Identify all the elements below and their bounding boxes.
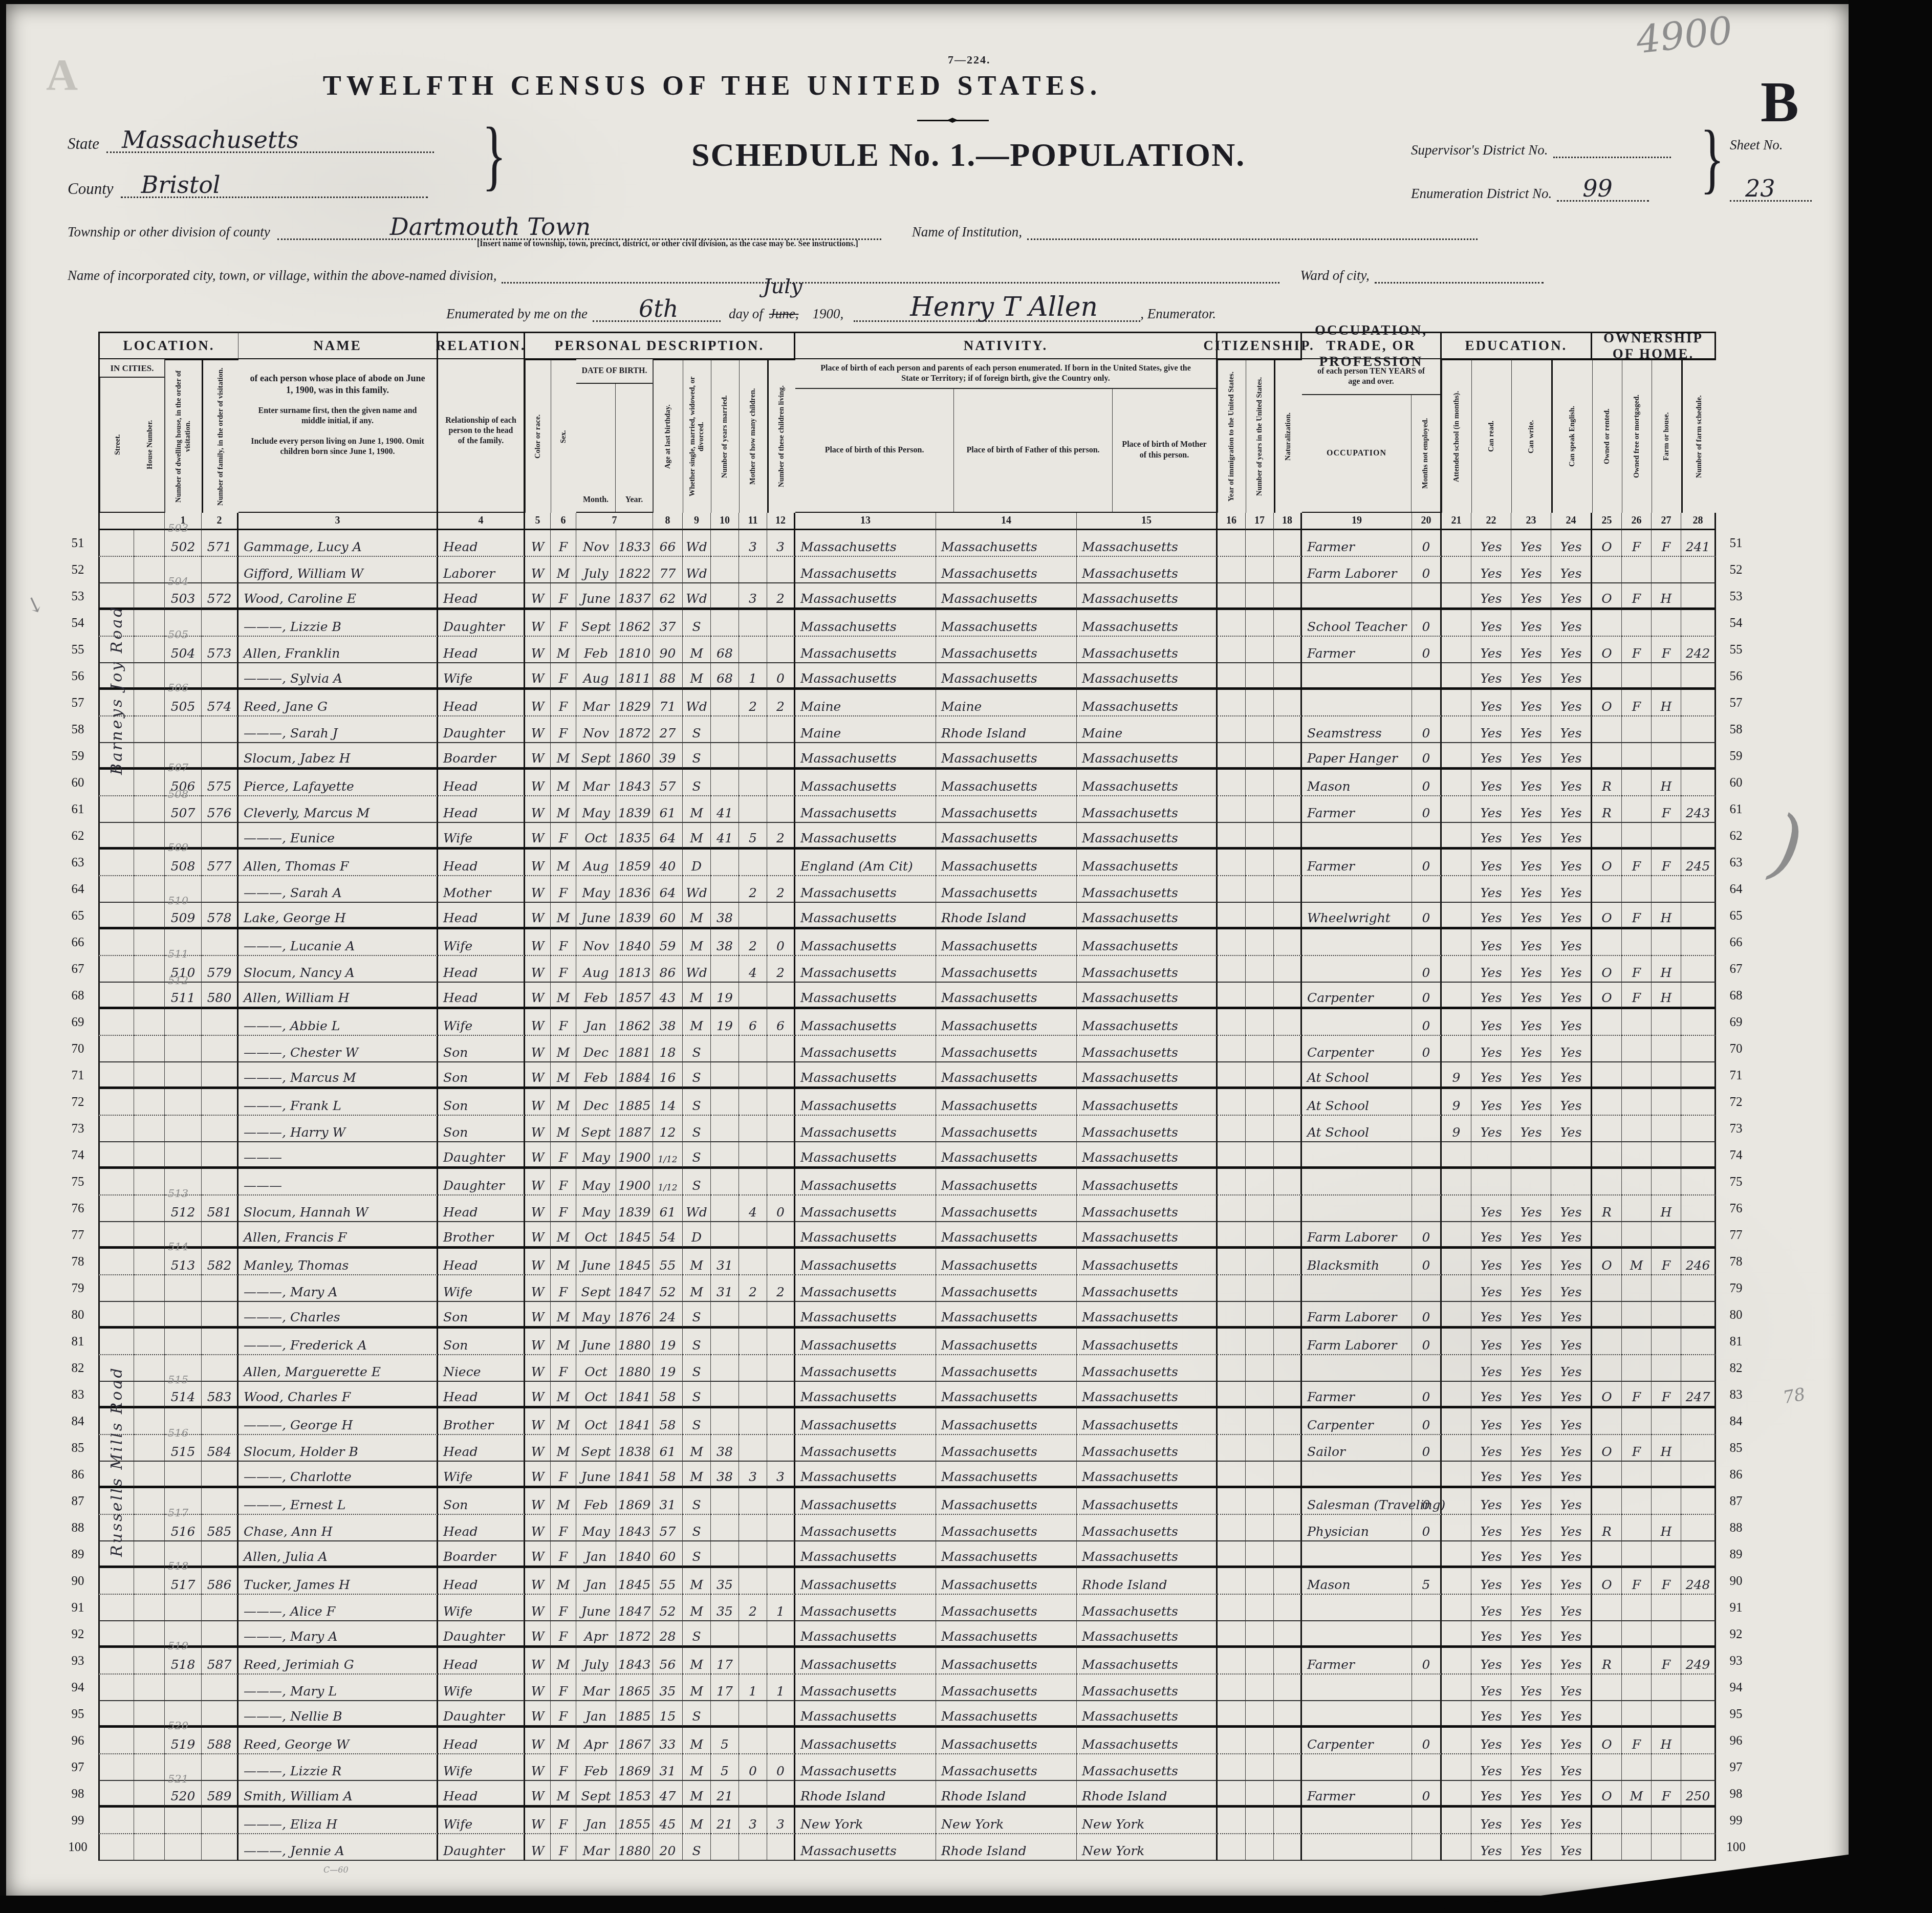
cell-write-77: Yes bbox=[1511, 1222, 1551, 1249]
cell-own-77 bbox=[1592, 1222, 1622, 1249]
house-number-cell-51 bbox=[134, 530, 165, 557]
cell-sex-71: M bbox=[551, 1062, 576, 1089]
house-number-cell-53 bbox=[134, 583, 165, 610]
cell-pobf-96: Massachusetts bbox=[936, 1728, 1077, 1754]
cell-yrm-87 bbox=[711, 1488, 739, 1515]
cell-own-61: R bbox=[1592, 796, 1622, 823]
cell-mar-98: M bbox=[683, 1781, 711, 1808]
cell-chl-97: 0 bbox=[767, 1754, 795, 1781]
cell-fh-78: F bbox=[1652, 1249, 1681, 1275]
cell-sex-63: M bbox=[551, 850, 576, 876]
pencil-dwelling-renumber: 507 bbox=[168, 762, 188, 774]
section-citizenship: CITIZENSHIP. bbox=[1218, 332, 1302, 359]
cell-age-65: 60 bbox=[653, 903, 683, 929]
pencil-dwelling-renumber: 505 bbox=[168, 628, 188, 641]
cell-sch-67 bbox=[1442, 956, 1471, 983]
pencil-dwelling-renumber: 516 bbox=[168, 1427, 188, 1439]
cell-dobm-73: Sept bbox=[576, 1116, 616, 1142]
cell-chl-100 bbox=[767, 1834, 795, 1861]
cell-color-94: W bbox=[525, 1675, 551, 1701]
cell-imm-68 bbox=[1218, 983, 1246, 1009]
cell-yrsus-92 bbox=[1246, 1621, 1274, 1648]
row-number-right-77: 77 bbox=[1716, 1222, 1756, 1249]
cell-imm-59 bbox=[1218, 743, 1246, 770]
cell-doby-82: 1880 bbox=[616, 1355, 653, 1382]
row-number-left-71: 71 bbox=[57, 1062, 98, 1089]
cell-chb-56: 1 bbox=[739, 663, 767, 690]
cell-mar-99: M bbox=[683, 1808, 711, 1834]
cell-mne-93: 0 bbox=[1412, 1648, 1442, 1675]
cell-pobf-65: Rhode Island bbox=[936, 903, 1077, 929]
cell-fsn-51: 241 bbox=[1681, 530, 1716, 557]
cell-pobf-99: New York bbox=[936, 1808, 1077, 1834]
cell-chb-96 bbox=[739, 1728, 767, 1754]
cell-pobm-87: Massachusetts bbox=[1077, 1488, 1218, 1515]
cell-age-59: 39 bbox=[653, 743, 683, 770]
cell-name-95: ———, Nellie B bbox=[238, 1701, 438, 1728]
cell-occ-59: Paper Hanger bbox=[1302, 743, 1412, 770]
cell-fam-89 bbox=[202, 1541, 238, 1568]
cell-fam-73 bbox=[202, 1116, 238, 1142]
cell-fh-84 bbox=[1652, 1408, 1681, 1435]
cell-mne-62 bbox=[1412, 823, 1442, 850]
row-number-right-64: 64 bbox=[1716, 876, 1756, 903]
cell-imm-64 bbox=[1218, 876, 1246, 903]
cell-pobm-74: Massachusetts bbox=[1077, 1142, 1218, 1169]
row-number-right-78: 78 bbox=[1716, 1249, 1756, 1275]
cell-pobm-81: Massachusetts bbox=[1077, 1329, 1218, 1355]
cell-name-63: Allen, Thomas F bbox=[238, 850, 438, 876]
cell-eng-90: Yes bbox=[1551, 1568, 1592, 1595]
cell-chl-93 bbox=[767, 1648, 795, 1675]
cell-read-52: Yes bbox=[1471, 557, 1511, 583]
cell-write-61: Yes bbox=[1511, 796, 1551, 823]
cell-sex-54: F bbox=[551, 610, 576, 637]
cell-eng-56: Yes bbox=[1551, 663, 1592, 690]
column-number-18: 18 bbox=[1274, 513, 1302, 530]
row-number-left-98: 98 bbox=[57, 1781, 98, 1808]
occupation-cell: of each person TEN YEARS of age and over… bbox=[1302, 359, 1442, 513]
cell-nat-91 bbox=[1274, 1595, 1302, 1621]
row-number-right-85: 85 bbox=[1716, 1435, 1756, 1462]
cell-sex-85: M bbox=[551, 1435, 576, 1462]
cell-dw-94 bbox=[165, 1675, 202, 1701]
cell-chb-83 bbox=[739, 1382, 767, 1408]
cell-occ-75 bbox=[1302, 1169, 1412, 1195]
cell-write-68: Yes bbox=[1511, 983, 1551, 1009]
cell-imm-70 bbox=[1218, 1036, 1246, 1062]
pencil-dwelling-renumber: 518 bbox=[168, 1560, 188, 1572]
row-number-left-90: 90 bbox=[57, 1568, 98, 1595]
cell-fm-60 bbox=[1622, 770, 1652, 796]
state-value: Massachusetts bbox=[122, 126, 299, 154]
cell-name-94: ———, Mary L bbox=[238, 1675, 438, 1701]
cell-occ-88: Physician bbox=[1302, 1515, 1412, 1541]
cell-fam-87 bbox=[202, 1488, 238, 1515]
cell-chl-95 bbox=[767, 1701, 795, 1728]
cell-chb-62: 5 bbox=[739, 823, 767, 850]
cell-fm-94 bbox=[1622, 1675, 1652, 1701]
cell-doby-87: 1869 bbox=[616, 1488, 653, 1515]
cell-doby-76: 1839 bbox=[616, 1195, 653, 1222]
house-number-cell-94 bbox=[134, 1675, 165, 1701]
row-number-right-89: 89 bbox=[1716, 1541, 1756, 1568]
house-number-cell-60 bbox=[134, 770, 165, 796]
cell-own-56 bbox=[1592, 663, 1622, 690]
cell-doby-86: 1841 bbox=[616, 1462, 653, 1488]
cell-rel-52: Laborer bbox=[438, 557, 525, 583]
cell-pobm-52: Massachusetts bbox=[1077, 557, 1218, 583]
cell-sex-88: F bbox=[551, 1515, 576, 1541]
cell-pobf-63: Massachusetts bbox=[936, 850, 1077, 876]
cell-pob-98: Rhode Island bbox=[795, 1781, 936, 1808]
row-number-right-53: 53 bbox=[1716, 583, 1756, 610]
cell-own-75 bbox=[1592, 1169, 1622, 1195]
cell-color-89: W bbox=[525, 1541, 551, 1568]
cell-sch-56 bbox=[1442, 663, 1471, 690]
cell-chl-85 bbox=[767, 1435, 795, 1462]
cell-yrm-75 bbox=[711, 1169, 739, 1195]
row-number-left-52: 52 bbox=[57, 557, 98, 583]
cell-chb-81 bbox=[739, 1329, 767, 1355]
cell-chb-58 bbox=[739, 716, 767, 743]
cell-color-76: W bbox=[525, 1195, 551, 1222]
cell-pob-85: Massachusetts bbox=[795, 1435, 936, 1462]
cell-chb-84 bbox=[739, 1408, 767, 1435]
cell-yrsus-100 bbox=[1246, 1834, 1274, 1861]
cell-name-80: ———, Charles bbox=[238, 1302, 438, 1329]
cell-sex-57: F bbox=[551, 690, 576, 716]
cell-chb-97: 0 bbox=[739, 1754, 767, 1781]
house-number-cell-65 bbox=[134, 903, 165, 929]
cell-imm-86 bbox=[1218, 1462, 1246, 1488]
cell-own-86 bbox=[1592, 1462, 1622, 1488]
cell-mar-81: S bbox=[683, 1329, 711, 1355]
cell-dobm-68: Feb bbox=[576, 983, 616, 1009]
street-cell-71 bbox=[98, 1062, 134, 1089]
cell-sch-77 bbox=[1442, 1222, 1471, 1249]
cell-nat-55 bbox=[1274, 637, 1302, 663]
cell-yrm-60 bbox=[711, 770, 739, 796]
cell-mne-91 bbox=[1412, 1595, 1442, 1621]
cell-write-73: Yes bbox=[1511, 1116, 1551, 1142]
cell-mne-88: 0 bbox=[1412, 1515, 1442, 1541]
pencil-dwelling-renumber: 521 bbox=[168, 1773, 188, 1785]
cell-chl-68 bbox=[767, 983, 795, 1009]
cell-chb-69: 6 bbox=[739, 1009, 767, 1036]
cell-mne-64 bbox=[1412, 876, 1442, 903]
cell-own-96: O bbox=[1592, 1728, 1622, 1754]
cell-fam-65: 578 bbox=[202, 903, 238, 929]
row-number-left-57: 57 bbox=[57, 690, 98, 716]
cell-dobm-56: Aug bbox=[576, 663, 616, 690]
row-number-right-86: 86 bbox=[1716, 1462, 1756, 1488]
cell-yrsus-81 bbox=[1246, 1329, 1274, 1355]
house-number-cell-70 bbox=[134, 1036, 165, 1062]
cell-read-77: Yes bbox=[1471, 1222, 1511, 1249]
cell-imm-80 bbox=[1218, 1302, 1246, 1329]
cell-yrsus-77 bbox=[1246, 1222, 1274, 1249]
street-cell-67 bbox=[98, 956, 134, 983]
cell-fh-79 bbox=[1652, 1275, 1681, 1302]
cell-read-60: Yes bbox=[1471, 770, 1511, 796]
cell-imm-57 bbox=[1218, 690, 1246, 716]
row-number-left-85: 85 bbox=[57, 1435, 98, 1462]
row-number-right-54: 54 bbox=[1716, 610, 1756, 637]
cell-doby-80: 1876 bbox=[616, 1302, 653, 1329]
cell-yrsus-65 bbox=[1246, 903, 1274, 929]
cell-color-56: W bbox=[525, 663, 551, 690]
cell-write-76: Yes bbox=[1511, 1195, 1551, 1222]
cell-pob-94: Massachusetts bbox=[795, 1675, 936, 1701]
years-in-us-column-label: Number of years in the United States. bbox=[1246, 359, 1274, 513]
cell-color-68: W bbox=[525, 983, 551, 1009]
cell-occ-81: Farm Laborer bbox=[1302, 1329, 1412, 1355]
cell-pobm-73: Massachusetts bbox=[1077, 1116, 1218, 1142]
cell-pobf-77: Massachusetts bbox=[936, 1222, 1077, 1249]
cell-occ-56 bbox=[1302, 663, 1412, 690]
cell-write-59: Yes bbox=[1511, 743, 1551, 770]
cell-pobm-67: Massachusetts bbox=[1077, 956, 1218, 983]
cell-pob-60: Massachusetts bbox=[795, 770, 936, 796]
column-number-21: 21 bbox=[1442, 513, 1471, 530]
cell-pobf-95: Massachusetts bbox=[936, 1701, 1077, 1728]
cell-mne-74 bbox=[1412, 1142, 1442, 1169]
cell-occ-80: Farm Laborer bbox=[1302, 1302, 1412, 1329]
cell-pobf-97: Massachusetts bbox=[936, 1754, 1077, 1781]
cell-write-51: Yes bbox=[1511, 530, 1551, 557]
county-label: County bbox=[68, 180, 114, 198]
cell-doby-70: 1881 bbox=[616, 1036, 653, 1062]
sheet-letter: B bbox=[1761, 70, 1799, 136]
cell-write-82: Yes bbox=[1511, 1355, 1551, 1382]
column-number-17: 17 bbox=[1246, 513, 1274, 530]
street-cell-66 bbox=[98, 929, 134, 956]
section-name: NAME bbox=[238, 332, 438, 359]
census-sheet-paper: A 7—224. TWELFTH CENSUS OF THE UNITED ST… bbox=[6, 4, 1849, 1899]
cell-imm-97 bbox=[1218, 1754, 1246, 1781]
cell-fam-86 bbox=[202, 1462, 238, 1488]
cell-name-65: Lake, George H bbox=[238, 903, 438, 929]
cell-chl-63 bbox=[767, 850, 795, 876]
cell-own-65: O bbox=[1592, 903, 1622, 929]
row-number-left-64: 64 bbox=[57, 876, 98, 903]
cell-eng-66: Yes bbox=[1551, 929, 1592, 956]
cell-mar-86: M bbox=[683, 1462, 711, 1488]
cell-read-72: Yes bbox=[1471, 1089, 1511, 1116]
cell-chl-89 bbox=[767, 1541, 795, 1568]
row-number-left-92: 92 bbox=[57, 1621, 98, 1648]
pencil-annotation-3: 78 bbox=[1782, 1384, 1807, 1408]
cell-color-85: W bbox=[525, 1435, 551, 1462]
row-number-left-82: 82 bbox=[57, 1355, 98, 1382]
cell-color-71: W bbox=[525, 1062, 551, 1089]
sheet-no-line: Sheet No. bbox=[1730, 137, 1783, 153]
cell-read-67: Yes bbox=[1471, 956, 1511, 983]
section-occupation: OCCUPATION, TRADE, ORPROFESSION bbox=[1302, 332, 1442, 359]
cell-fam-60: 575 bbox=[202, 770, 238, 796]
cell-color-81: W bbox=[525, 1329, 551, 1355]
state-county-brace: } bbox=[482, 121, 506, 191]
cell-read-75 bbox=[1471, 1169, 1511, 1195]
cell-age-83: 58 bbox=[653, 1382, 683, 1408]
cell-fam-81 bbox=[202, 1329, 238, 1355]
cell-eng-61: Yes bbox=[1551, 796, 1592, 823]
cell-mne-71 bbox=[1412, 1062, 1442, 1089]
cell-age-63: 40 bbox=[653, 850, 683, 876]
cell-pobm-56: Massachusetts bbox=[1077, 663, 1218, 690]
cell-doby-92: 1872 bbox=[616, 1621, 653, 1648]
cell-nat-66 bbox=[1274, 929, 1302, 956]
cell-fsn-79 bbox=[1681, 1275, 1716, 1302]
cell-occ-99 bbox=[1302, 1808, 1412, 1834]
cell-name-69: ———, Abbie L bbox=[238, 1009, 438, 1036]
cell-rel-78: Head bbox=[438, 1249, 525, 1275]
cell-pob-86: Massachusetts bbox=[795, 1462, 936, 1488]
cell-age-51: 66 bbox=[653, 530, 683, 557]
cell-write-63: Yes bbox=[1511, 850, 1551, 876]
sheet-no-value-line: 23 bbox=[1730, 181, 1812, 202]
cell-chb-82 bbox=[739, 1355, 767, 1382]
cell-write-78: Yes bbox=[1511, 1249, 1551, 1275]
cell-imm-63 bbox=[1218, 850, 1246, 876]
cell-eng-73: Yes bbox=[1551, 1116, 1592, 1142]
cell-dw-93: 519518 bbox=[165, 1648, 202, 1675]
cell-nat-74 bbox=[1274, 1142, 1302, 1169]
cell-dw-55: 505504 bbox=[165, 637, 202, 663]
cell-chl-87 bbox=[767, 1488, 795, 1515]
cell-name-77: Allen, Francis F bbox=[238, 1222, 438, 1249]
pencil-dwelling-renumber: 512 bbox=[168, 974, 188, 987]
cell-fsn-90: 248 bbox=[1681, 1568, 1716, 1595]
cell-age-86: 58 bbox=[653, 1462, 683, 1488]
cell-fsn-87 bbox=[1681, 1488, 1716, 1515]
cell-nat-78 bbox=[1274, 1249, 1302, 1275]
cell-yrm-53 bbox=[711, 583, 739, 610]
cell-pobm-89: Massachusetts bbox=[1077, 1541, 1218, 1568]
cell-fh-57: H bbox=[1652, 690, 1681, 716]
cell-fh-53: H bbox=[1652, 583, 1681, 610]
cell-name-84: ———, George H bbox=[238, 1408, 438, 1435]
cell-pobm-76: Massachusetts bbox=[1077, 1195, 1218, 1222]
cell-write-79: Yes bbox=[1511, 1275, 1551, 1302]
cell-fh-92 bbox=[1652, 1621, 1681, 1648]
cell-dobm-91: June bbox=[576, 1595, 616, 1621]
cell-own-73 bbox=[1592, 1116, 1622, 1142]
section-education: EDUCATION. bbox=[1442, 332, 1592, 359]
cell-sch-97 bbox=[1442, 1754, 1471, 1781]
cell-color-80: W bbox=[525, 1302, 551, 1329]
cell-color-95: W bbox=[525, 1701, 551, 1728]
cell-own-97 bbox=[1592, 1754, 1622, 1781]
cell-sch-85 bbox=[1442, 1435, 1471, 1462]
cell-own-88: R bbox=[1592, 1515, 1622, 1541]
cell-chl-62: 2 bbox=[767, 823, 795, 850]
cell-color-70: W bbox=[525, 1036, 551, 1062]
cell-yrsus-78 bbox=[1246, 1249, 1274, 1275]
cell-yrm-98: 21 bbox=[711, 1781, 739, 1808]
cell-color-91: W bbox=[525, 1595, 551, 1621]
cell-yrm-94: 17 bbox=[711, 1675, 739, 1701]
cell-name-64: ———, Sarah A bbox=[238, 876, 438, 903]
cell-mne-58: 0 bbox=[1412, 716, 1442, 743]
sheet-no-rule: 23 bbox=[1730, 181, 1812, 202]
township-instruction-note: [Insert name of township, town, precinct… bbox=[477, 240, 858, 249]
cell-write-85: Yes bbox=[1511, 1435, 1551, 1462]
column-number-16: 16 bbox=[1218, 513, 1246, 530]
cell-color-73: W bbox=[525, 1116, 551, 1142]
cell-nat-57 bbox=[1274, 690, 1302, 716]
cell-pobf-64: Massachusetts bbox=[936, 876, 1077, 903]
cell-yrsus-96 bbox=[1246, 1728, 1274, 1754]
cell-sch-64 bbox=[1442, 876, 1471, 903]
cell-sch-88 bbox=[1442, 1515, 1471, 1541]
cell-color-62: W bbox=[525, 823, 551, 850]
row-number-left-53: 53 bbox=[57, 583, 98, 610]
color-column-label: Color or race. bbox=[525, 359, 551, 513]
cell-age-90: 55 bbox=[653, 1568, 683, 1595]
cell-write-90: Yes bbox=[1511, 1568, 1551, 1595]
cell-color-54: W bbox=[525, 610, 551, 637]
cell-sex-52: M bbox=[551, 557, 576, 583]
cell-doby-94: 1865 bbox=[616, 1675, 653, 1701]
cell-name-92: ———, Mary A bbox=[238, 1621, 438, 1648]
cell-rel-89: Boarder bbox=[438, 1541, 525, 1568]
cell-name-86: ———, Charlotte bbox=[238, 1462, 438, 1488]
cell-yrm-85: 38 bbox=[711, 1435, 739, 1462]
cell-fm-64 bbox=[1622, 876, 1652, 903]
cell-occ-54: School Teacher bbox=[1302, 610, 1412, 637]
cell-write-60: Yes bbox=[1511, 770, 1551, 796]
cell-rel-90: Head bbox=[438, 1568, 525, 1595]
cell-own-98: O bbox=[1592, 1781, 1622, 1808]
cell-own-99 bbox=[1592, 1808, 1622, 1834]
cell-eng-69: Yes bbox=[1551, 1009, 1592, 1036]
dob-cell: DATE OF BIRTH. Month. Year. bbox=[576, 359, 653, 513]
cell-yrm-82 bbox=[711, 1355, 739, 1382]
cell-pob-71: Massachusetts bbox=[795, 1062, 936, 1089]
pencil-dwelling-renumber: 511 bbox=[168, 948, 188, 960]
ward-label: Ward of city, bbox=[1300, 268, 1369, 284]
cell-mne-54: 0 bbox=[1412, 610, 1442, 637]
house-number-cell-88 bbox=[134, 1515, 165, 1541]
cell-dobm-65: June bbox=[576, 903, 616, 929]
cell-occ-97 bbox=[1302, 1754, 1412, 1781]
cell-yrsus-73 bbox=[1246, 1116, 1274, 1142]
cell-mar-80: S bbox=[683, 1302, 711, 1329]
cell-eng-53: Yes bbox=[1551, 583, 1592, 610]
cell-fm-99 bbox=[1622, 1808, 1652, 1834]
cell-rel-83: Head bbox=[438, 1382, 525, 1408]
cell-nat-62 bbox=[1274, 823, 1302, 850]
cell-fm-65: F bbox=[1622, 903, 1652, 929]
cell-read-95: Yes bbox=[1471, 1701, 1511, 1728]
cell-chl-64: 2 bbox=[767, 876, 795, 903]
cell-yrsus-72 bbox=[1246, 1089, 1274, 1116]
cell-nat-61 bbox=[1274, 796, 1302, 823]
cell-chb-90 bbox=[739, 1568, 767, 1595]
cell-sch-96 bbox=[1442, 1728, 1471, 1754]
cell-chl-81 bbox=[767, 1329, 795, 1355]
cell-chb-70 bbox=[739, 1036, 767, 1062]
row-number-right-57: 57 bbox=[1716, 690, 1756, 716]
enumeration-label: Enumeration District No. bbox=[1411, 186, 1552, 202]
cell-pobm-77: Massachusetts bbox=[1077, 1222, 1218, 1249]
cell-name-99: ———, Eliza H bbox=[238, 1808, 438, 1834]
house-number-cell-71 bbox=[134, 1062, 165, 1089]
cell-pob-99: New York bbox=[795, 1808, 936, 1834]
cell-pobm-94: Massachusetts bbox=[1077, 1675, 1218, 1701]
